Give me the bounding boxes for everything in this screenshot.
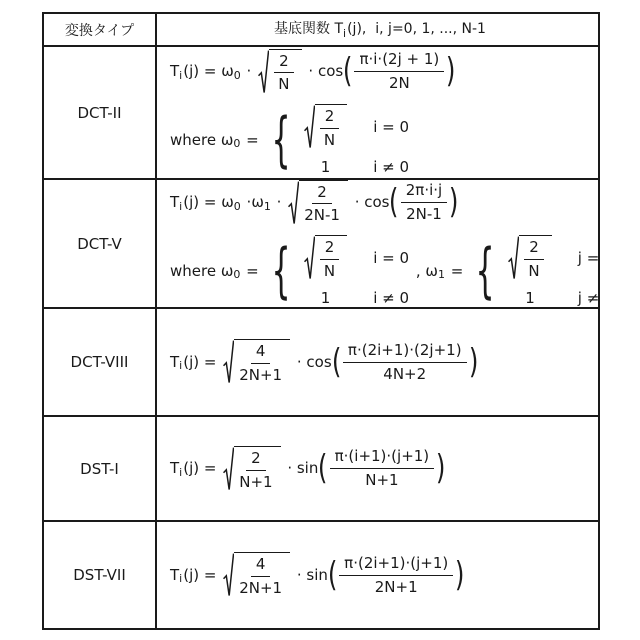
case-value: 2N xyxy=(302,235,350,281)
fraction-denominator: N+1 xyxy=(239,471,272,492)
radicand: 42N+1 xyxy=(234,339,290,385)
math-text: T xyxy=(170,353,179,372)
math-text: π·(2i+1)·(j+1) xyxy=(344,554,448,573)
piecewise-cases: {2Ni = 01i ≠ 0 xyxy=(266,235,410,307)
table-row: DST-I Ti(j) = 2N+1 · sin(π·(i+1)·(j+1)N+… xyxy=(44,415,598,520)
formula-line: 基底関数 Ti(j), i, j=0, 1, ..., N-1 xyxy=(274,21,486,39)
fraction-numerator: 2π·i·j xyxy=(401,181,447,203)
case-condition: i ≠ 0 xyxy=(373,289,409,307)
math-subscript: 0 xyxy=(233,137,240,151)
fraction-denominator: 2N+1 xyxy=(375,576,418,597)
math-text: 2 xyxy=(325,238,335,257)
math-subscript: 1 xyxy=(438,268,445,282)
radicand: 22N-1 xyxy=(299,180,348,225)
formula-cell: Ti(j) = 42N+1 · sin(π·(2i+1)·(j+1)2N+1) xyxy=(157,522,598,628)
cases-rows: 2Ni = 01i ≠ 0 xyxy=(302,104,409,176)
big-paren: ) xyxy=(449,186,459,218)
big-paren: ( xyxy=(389,186,399,218)
fraction-denominator: N xyxy=(528,260,539,281)
fraction-numerator: 2 xyxy=(274,52,294,74)
radical-icon xyxy=(288,180,299,225)
piecewise-cases: {2Ni = 01i ≠ 0 xyxy=(266,104,410,176)
math-text: N+1 xyxy=(365,471,398,490)
math-text: π·(2i+1)·(2j+1) xyxy=(348,341,462,360)
math-text: 2N+1 xyxy=(239,579,282,598)
case-condition: i = 0 xyxy=(373,118,409,137)
radical-icon xyxy=(258,49,269,95)
transform-type-label: DST-I xyxy=(44,417,157,520)
fraction: 2N xyxy=(274,52,294,95)
math-text: 1 xyxy=(321,289,331,307)
fraction: π·(i+1)·(j+1)N+1 xyxy=(330,447,435,490)
math-subscript: i xyxy=(343,27,346,41)
cases-rows: 2Nj = 01j ≠ 0 xyxy=(506,235,598,307)
fraction-denominator: 2N+1 xyxy=(239,577,282,598)
math-text: 2 xyxy=(279,52,289,71)
fraction: 2N xyxy=(320,238,340,281)
fraction: 2π·i·j2N-1 xyxy=(401,181,447,224)
table-header-row: 変換タイプ 基底関数 Ti(j), i, j=0, 1, ..., N-1 xyxy=(44,14,598,45)
table-row: DCT-V Ti(j) = ω0 ·ω1 · 22N-1 · cos(2π·i·… xyxy=(44,178,598,307)
formula-cell: Ti(j) = ω0 · 2N · cos(π·i·(2j + 1)2N)whe… xyxy=(157,47,598,178)
math-text: π·(i+1)·(j+1) xyxy=(335,447,430,466)
math-text: where ω xyxy=(170,262,233,281)
table-row: DST-VII Ti(j) = 42N+1 · sin(π·(2i+1)·(j+… xyxy=(44,520,598,628)
square-root: 2N xyxy=(258,49,302,95)
fraction-numerator: π·(2i+1)·(2j+1) xyxy=(343,341,467,363)
fraction-denominator: 2N+1 xyxy=(239,364,282,385)
formula-line: Ti(j) = 2N+1 · sin(π·(i+1)·(j+1)N+1) xyxy=(170,446,445,492)
case-value: 1 xyxy=(525,289,535,307)
fraction-numerator: π·(2i+1)·(j+1) xyxy=(339,554,453,576)
math-subscript: 1 xyxy=(264,200,271,214)
math-text: , ω xyxy=(411,262,438,281)
radical-sign xyxy=(223,339,234,385)
radical-sign xyxy=(304,104,315,150)
case-condition: j ≠ 0 xyxy=(578,289,598,307)
case-condition: j = 0 xyxy=(578,249,598,268)
basis-function-table: 変換タイプ 基底関数 Ti(j), i, j=0, 1, ..., N-1 DC… xyxy=(42,12,600,630)
case-condition: i ≠ 0 xyxy=(373,158,409,177)
math-text: T xyxy=(170,193,179,212)
big-paren: ) xyxy=(468,346,478,378)
math-subscript: i xyxy=(179,200,182,214)
case-condition: i = 0 xyxy=(373,249,409,268)
math-subscript: i xyxy=(179,69,182,83)
left-brace-icon: { xyxy=(271,113,290,167)
math-text: N xyxy=(528,262,539,281)
fraction: 42N+1 xyxy=(239,342,282,385)
big-paren: ) xyxy=(455,559,465,591)
big-paren: ( xyxy=(318,452,328,484)
math-text: where ω xyxy=(170,131,233,150)
big-paren: ( xyxy=(328,559,338,591)
fraction-numerator: 2 xyxy=(320,107,340,129)
math-text: N xyxy=(278,75,289,94)
math-text: 1 xyxy=(321,158,331,177)
math-text: 2 xyxy=(529,238,539,257)
math-text: 4 xyxy=(256,342,266,361)
math-text: · sin xyxy=(292,566,328,585)
fraction: π·(2i+1)·(2j+1)4N+2 xyxy=(343,341,467,384)
formula-line: Ti(j) = ω0 · 2N · cos(π·i·(2j + 1)2N) xyxy=(170,49,456,95)
header-transform-type: 変換タイプ xyxy=(44,14,157,45)
big-paren: ) xyxy=(446,55,456,87)
math-text: ·ω xyxy=(242,193,264,212)
fraction-denominator: 2N-1 xyxy=(304,204,340,225)
radicand: 2N xyxy=(269,49,302,95)
math-text: 4N+2 xyxy=(383,365,426,384)
fraction-numerator: 2 xyxy=(320,238,340,260)
math-subscript: i xyxy=(179,572,182,586)
math-text: (j) = xyxy=(183,566,221,585)
fraction-denominator: 4N+2 xyxy=(383,363,426,384)
math-subscript: 0 xyxy=(234,200,241,214)
math-text: 2N-1 xyxy=(304,206,340,225)
fraction-numerator: 2 xyxy=(312,183,332,205)
left-brace-icon: { xyxy=(271,244,290,298)
math-text: π·i·(2j + 1) xyxy=(359,50,439,69)
square-root: 2N xyxy=(304,104,348,150)
formula-line: Ti(j) = ω0 ·ω1 · 22N-1 · cos(2π·i·j2N-1) xyxy=(170,180,458,225)
square-root: 2N xyxy=(304,235,348,281)
fraction: 22N-1 xyxy=(304,183,340,226)
radical-sign xyxy=(508,235,519,281)
math-text: 1 xyxy=(525,289,535,307)
math-text: 2N+1 xyxy=(239,366,282,385)
math-text: 2 xyxy=(325,107,335,126)
transform-type-label: DCT-II xyxy=(44,47,157,178)
case-value: 2N xyxy=(302,104,350,150)
math-text: = xyxy=(241,262,263,281)
fraction: 42N+1 xyxy=(239,555,282,598)
radical-sign xyxy=(223,446,234,492)
math-text: = xyxy=(446,262,468,281)
big-paren: ( xyxy=(343,55,353,87)
square-root: 2N+1 xyxy=(223,446,280,492)
formula-line: where ω0 = {2Ni = 01i ≠ 0 xyxy=(170,104,411,176)
math-text: (j) = ω xyxy=(183,62,234,81)
math-text: (j), i, j=0, 1, ..., N-1 xyxy=(347,21,486,39)
square-root: 22N-1 xyxy=(288,180,348,225)
fraction: 2N xyxy=(524,238,544,281)
radicand: 2N xyxy=(519,235,552,281)
big-paren: ( xyxy=(332,346,342,378)
math-text: · cos xyxy=(292,353,332,372)
math-text: · sin xyxy=(283,459,319,478)
math-text: · xyxy=(242,62,256,81)
math-text: N xyxy=(324,262,335,281)
fraction-denominator: N+1 xyxy=(365,469,398,490)
math-text: N xyxy=(324,131,335,150)
case-value: 1 xyxy=(321,158,331,177)
radical-icon xyxy=(304,235,315,281)
fraction: π·i·(2j + 1)2N xyxy=(354,50,444,93)
fraction-denominator: 2N-1 xyxy=(406,203,442,224)
radical-sign xyxy=(223,552,234,598)
radical-sign xyxy=(304,235,315,281)
math-text: · cos xyxy=(304,62,344,81)
math-text: N+1 xyxy=(239,473,272,492)
piecewise-cases: {2Nj = 01j ≠ 0 xyxy=(470,235,598,307)
square-root: 2N xyxy=(508,235,552,281)
math-text: = xyxy=(241,131,263,150)
math-text: 2N xyxy=(389,74,410,93)
math-subscript: 0 xyxy=(233,268,240,282)
fraction-numerator: 2 xyxy=(524,238,544,260)
formula-cell: Ti(j) = 42N+1 · cos(π·(2i+1)·(2j+1)4N+2) xyxy=(157,309,598,415)
fraction: 2N+1 xyxy=(239,449,272,492)
math-subscript: 0 xyxy=(234,69,241,83)
fraction-numerator: 2 xyxy=(246,449,266,471)
square-root: 42N+1 xyxy=(223,339,290,385)
case-value: 2N xyxy=(506,235,554,281)
transform-type-label: DST-VII xyxy=(44,522,157,628)
formula-cell: Ti(j) = 2N+1 · sin(π·(i+1)·(j+1)N+1) xyxy=(157,417,598,520)
transform-type-label: DCT-V xyxy=(44,180,157,307)
radical-icon xyxy=(223,552,234,598)
formula-cell: Ti(j) = ω0 ·ω1 · 22N-1 · cos(2π·i·j2N-1)… xyxy=(157,180,598,307)
header-basis-function: 基底関数 Ti(j), i, j=0, 1, ..., N-1 xyxy=(157,14,598,45)
fraction-denominator: N xyxy=(324,260,335,281)
radical-sign xyxy=(258,49,269,95)
math-text: · cos xyxy=(350,193,390,212)
math-subscript: i xyxy=(179,466,182,480)
fraction: 2N xyxy=(320,107,340,150)
fraction-numerator: π·(i+1)·(j+1) xyxy=(330,447,435,469)
math-text: 4 xyxy=(256,555,266,574)
math-text: T xyxy=(170,62,179,81)
formula-line: Ti(j) = 42N+1 · cos(π·(2i+1)·(2j+1)4N+2) xyxy=(170,339,478,385)
fraction-numerator: 4 xyxy=(251,342,271,364)
fraction-denominator: 2N xyxy=(389,72,410,93)
math-text: 2π·i·j xyxy=(406,181,442,200)
fraction-numerator: 4 xyxy=(251,555,271,577)
math-text: · xyxy=(272,193,286,212)
radical-icon xyxy=(304,104,315,150)
table-row: DCT-VIII Ti(j) = 42N+1 · cos(π·(2i+1)·(2… xyxy=(44,307,598,415)
radical-icon xyxy=(508,235,519,281)
math-text: (j) = xyxy=(183,353,221,372)
math-text: 2N+1 xyxy=(375,578,418,597)
radicand: 2N xyxy=(315,235,348,281)
math-text: T xyxy=(170,459,179,478)
fraction-denominator: N xyxy=(324,129,335,150)
formula-line: where ω0 = {2Ni = 01i ≠ 0 , ω1 = {2Nj = … xyxy=(170,235,598,307)
cases-rows: 2Ni = 01i ≠ 0 xyxy=(302,235,409,307)
radicand: 2N xyxy=(315,104,348,150)
case-value: 1 xyxy=(321,289,331,307)
math-text: 2 xyxy=(317,183,327,202)
math-text: (j) = xyxy=(183,459,221,478)
math-subscript: i xyxy=(179,359,182,373)
radicand: 42N+1 xyxy=(234,552,290,598)
left-brace-icon: { xyxy=(476,244,495,298)
fraction-numerator: π·i·(2j + 1) xyxy=(354,50,444,72)
transform-type-label: DCT-VIII xyxy=(44,309,157,415)
table-row: DCT-II Ti(j) = ω0 · 2N · cos(π·i·(2j + 1… xyxy=(44,45,598,178)
fraction: π·(2i+1)·(j+1)2N+1 xyxy=(339,554,453,597)
big-paren: ) xyxy=(436,452,446,484)
math-text: 2 xyxy=(251,449,261,468)
fraction-denominator: N xyxy=(278,73,289,94)
radical-icon xyxy=(223,339,234,385)
formula-line: Ti(j) = 42N+1 · sin(π·(2i+1)·(j+1)2N+1) xyxy=(170,552,465,598)
math-text: 基底関数 T xyxy=(274,21,343,39)
radical-sign xyxy=(288,180,299,225)
radical-icon xyxy=(223,446,234,492)
math-text: (j) = ω xyxy=(183,193,234,212)
radicand: 2N+1 xyxy=(234,446,280,492)
square-root: 42N+1 xyxy=(223,552,290,598)
math-text: 2N-1 xyxy=(406,205,442,224)
math-text: T xyxy=(170,566,179,585)
